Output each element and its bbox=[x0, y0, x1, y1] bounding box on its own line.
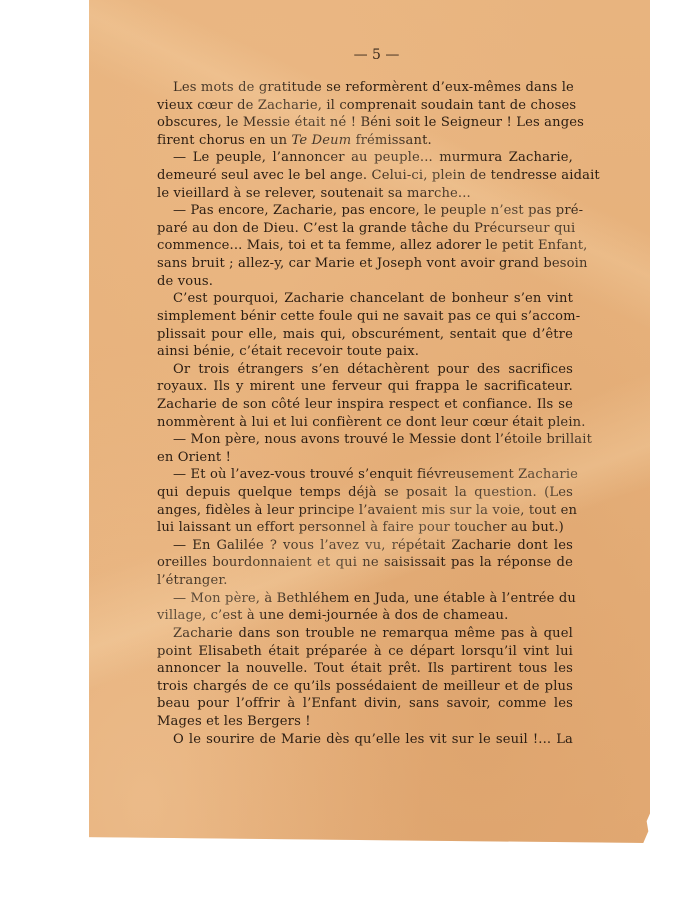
text-line: firent chorus en un Te Deum frémissant. bbox=[157, 132, 573, 150]
paragraph: C’est pourquoi, Zacharie chancelant de b… bbox=[157, 290, 573, 360]
text-line: paré au don de Dieu. C’est la grande tâc… bbox=[157, 220, 573, 238]
text-line: Zacharie dans son trouble ne remarqua mê… bbox=[157, 625, 573, 643]
text-line: anges, fidèles à leur principe l’avaient… bbox=[157, 502, 573, 520]
text-line: — Le peuple, l’annoncer au peuple... mur… bbox=[157, 149, 573, 167]
text-line: de vous. bbox=[157, 273, 573, 291]
text-line: O le sourire de Marie dès qu’elle les vi… bbox=[157, 731, 573, 749]
text-line: trois chargés de ce qu’ils possédaient d… bbox=[157, 678, 573, 696]
text-line: royaux. Ils y mirent une ferveur qui fra… bbox=[157, 378, 573, 396]
paragraph: — Pas encore, Zacharie, pas encore, le p… bbox=[157, 202, 573, 290]
page-number: — 5 — bbox=[89, 47, 650, 63]
text-line: simplement bénir cette foule qui ne sava… bbox=[157, 308, 573, 326]
paragraph: — Mon père, nous avons trouvé le Messie … bbox=[157, 431, 573, 466]
text-line: — Pas encore, Zacharie, pas encore, le p… bbox=[157, 202, 573, 220]
text-line: — Mon père, nous avons trouvé le Messie … bbox=[157, 431, 573, 449]
text-line: en Orient ! bbox=[157, 449, 573, 467]
text-line: l’étranger. bbox=[157, 572, 573, 590]
paragraph: — Le peuple, l’annoncer au peuple... mur… bbox=[157, 149, 573, 202]
text-line: commence... Mais, toi et ta femme, allez… bbox=[157, 237, 573, 255]
text-line: — En Galilée ? vous l’avez vu, répétait … bbox=[157, 537, 573, 555]
text-line: — Mon père, à Bethléhem en Juda, une éta… bbox=[157, 590, 573, 608]
italic-text: Te Deum bbox=[292, 133, 352, 148]
text-line: ainsi bénie, c’était recevoir toute paix… bbox=[157, 343, 573, 361]
text-line: point Elisabeth était préparée à ce dépa… bbox=[157, 643, 573, 661]
text-line: demeuré seul avec le bel ange. Celui-ci,… bbox=[157, 167, 573, 185]
text-line: Zacharie de son côté leur inspira respec… bbox=[157, 396, 573, 414]
paragraph: Or trois étrangers s’en détachèrent pour… bbox=[157, 361, 573, 431]
text-line: C’est pourquoi, Zacharie chancelant de b… bbox=[157, 290, 573, 308]
text-line: nommèrent à lui et lui confièrent ce don… bbox=[157, 414, 573, 432]
text-line: lui laissant un effort personnel à faire… bbox=[157, 519, 573, 537]
text-line: plissait pour elle, mais qui, obscurémen… bbox=[157, 326, 573, 344]
paragraph: Les mots de gratitude se reformèrent d’e… bbox=[157, 79, 573, 149]
paragraph: — En Galilée ? vous l’avez vu, répétait … bbox=[157, 537, 573, 590]
paragraph: Zacharie dans son trouble ne remarqua mê… bbox=[157, 625, 573, 731]
text-line: annoncer la nouvelle. Tout était prêt. I… bbox=[157, 660, 573, 678]
paragraph: — Et où l’avez-vous trouvé s’enquit fiév… bbox=[157, 466, 573, 536]
text-line: sans bruit ; allez-y, car Marie et Josep… bbox=[157, 255, 573, 273]
text-line: vieux cœur de Zacharie, il comprenait so… bbox=[157, 97, 573, 115]
text-line: le vieillard à se relever, soutenait sa … bbox=[157, 185, 573, 203]
scanned-page: — 5 — Les mots de gratitude se reformère… bbox=[89, 0, 650, 843]
text-line: — Et où l’avez-vous trouvé s’enquit fiév… bbox=[157, 466, 573, 484]
text-line: oreilles bourdonnaient et qui ne saisiss… bbox=[157, 554, 573, 572]
text-line: Or trois étrangers s’en détachèrent pour… bbox=[157, 361, 573, 379]
paragraph: O le sourire de Marie dès qu’elle les vi… bbox=[157, 731, 573, 749]
paragraph: — Mon père, à Bethléhem en Juda, une éta… bbox=[157, 590, 573, 625]
text-line: qui depuis quelque temps déjà se posait … bbox=[157, 484, 573, 502]
text-line: village, c’est à une demi-journée à dos … bbox=[157, 607, 573, 625]
text-line: beau pour l’offrir à l’Enfant divin, san… bbox=[157, 695, 573, 713]
text-line: obscures, le Messie était né ! Béni soit… bbox=[157, 114, 573, 132]
text-line: Mages et les Bergers ! bbox=[157, 713, 573, 731]
text-line: Les mots de gratitude se reformèrent d’e… bbox=[157, 79, 573, 97]
body-text: Les mots de gratitude se reformèrent d’e… bbox=[157, 79, 573, 748]
